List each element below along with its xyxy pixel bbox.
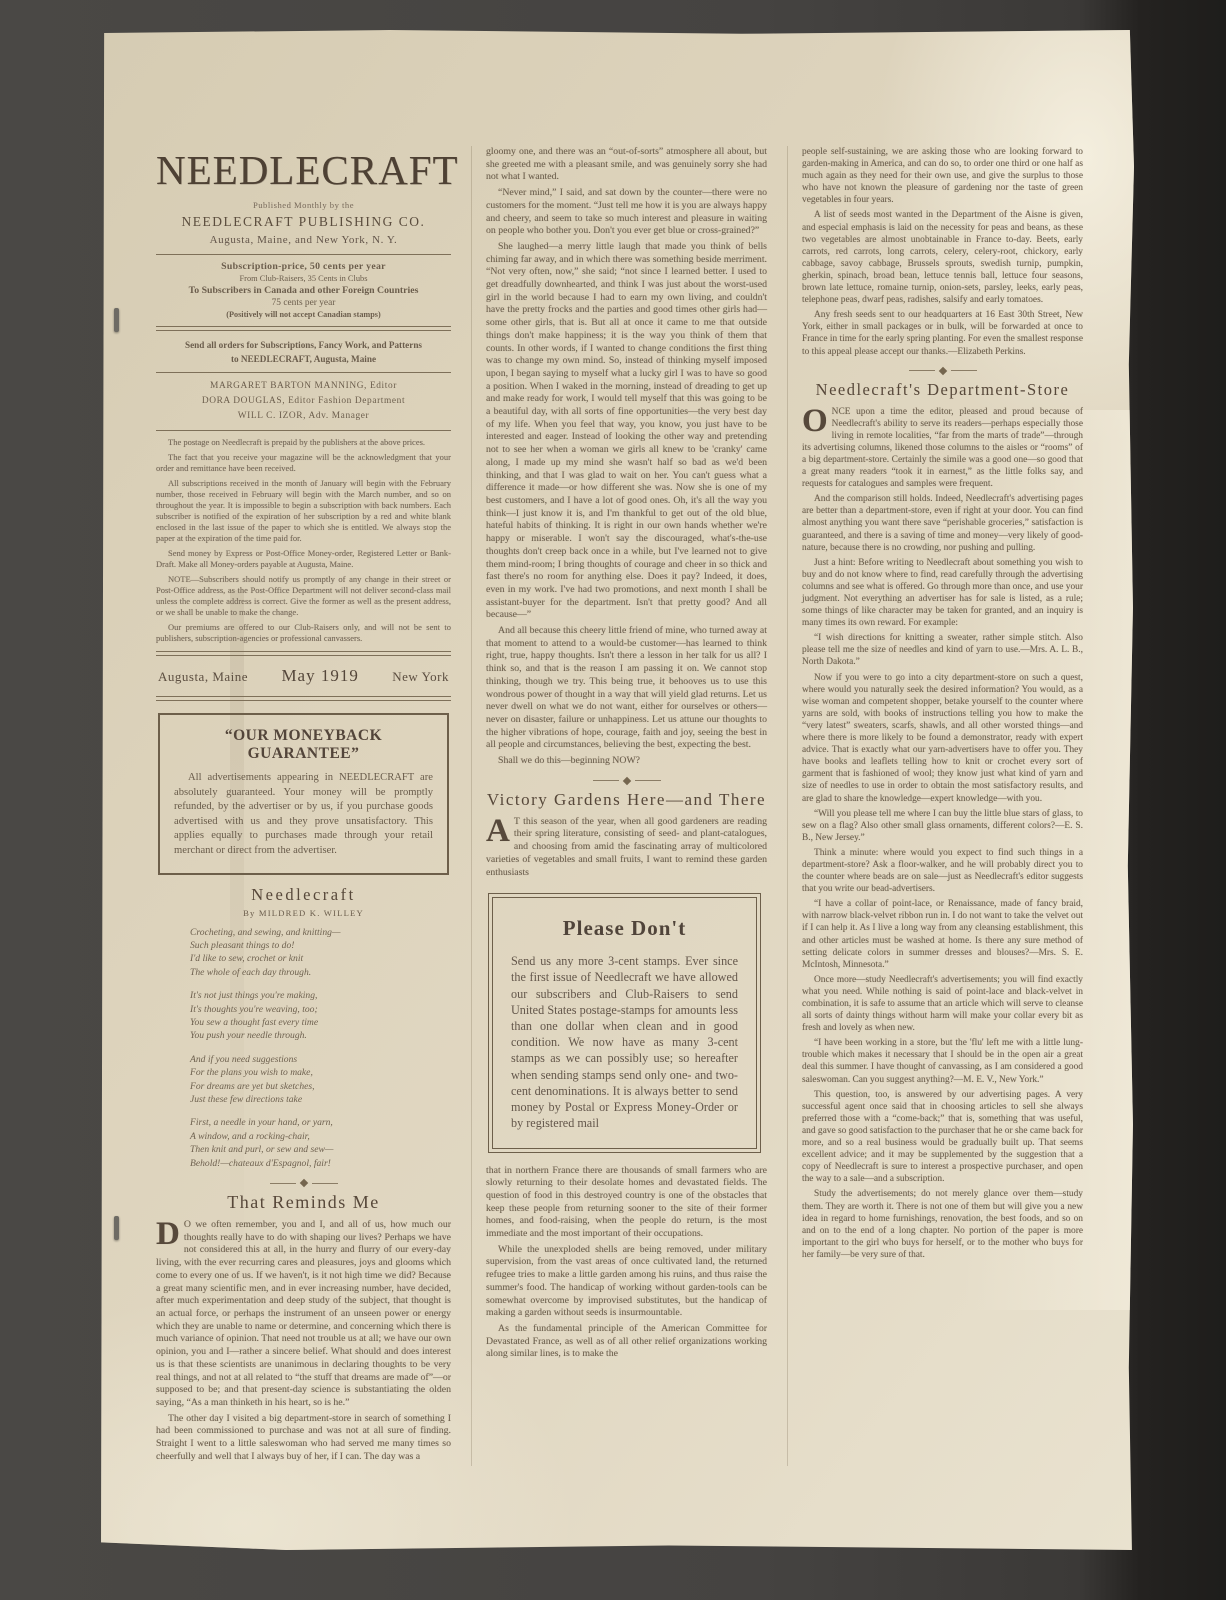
paragraph: The other day I visited a big department… [156, 1413, 451, 1464]
poem-byline: By MILDRED K. WILLEY [156, 908, 451, 918]
paragraph: And the comparison still holds. Indeed, … [802, 493, 1083, 553]
divider-rule-double [156, 326, 451, 331]
divider-rule [156, 254, 451, 255]
department-store-article: ONCE upon a time the editor, pleased and… [802, 406, 1083, 1261]
paragraph: AT this season of the year, when all goo… [486, 816, 767, 880]
poem-stanzas: Crocheting, and sewing, and knitting— Su… [156, 926, 451, 1171]
paragraph: While the unexploded shells are being re… [486, 1244, 767, 1320]
divider-rule [156, 372, 451, 373]
victory-gardens-lead: AT this season of the year, when all goo… [486, 816, 767, 880]
divider-ornament-icon [200, 1180, 407, 1186]
paragraph: “Will you please tell me where I can buy… [802, 808, 1083, 844]
paragraph: Now if you were to go into a city depart… [802, 672, 1083, 805]
poem-stanza: It's not just things you're making, It's… [190, 989, 451, 1043]
orders-line: Send all orders for Subscriptions, Fancy… [156, 338, 451, 352]
paragraph: Once more—study Needlecraft's advertisem… [802, 974, 1083, 1034]
poem-stanza: Crocheting, and sewing, and knitting— Su… [190, 926, 451, 980]
paragraph: And all because this cheery little frien… [486, 625, 767, 752]
poem-stanza: First, a needle in your hand, or yarn, A… [190, 1116, 451, 1170]
notice-paragraph: Send money by Express or Post-Office Mon… [156, 548, 451, 570]
publisher-name: NEEDLECRAFT PUBLISHING CO. [156, 214, 451, 230]
issue-date: May 1919 [281, 666, 358, 686]
paragraph: This question, too, is answered by our a… [802, 1089, 1083, 1186]
notice-paragraph: Our premiums are offered to our Club-Rai… [156, 622, 451, 644]
article-title-victory-gardens: Victory Gardens Here—and There [486, 790, 767, 810]
right-column: people self-sustaining, we are asking th… [787, 146, 1083, 1466]
magazine-page: NEEDLECRAFT Published Monthly by the NEE… [100, 30, 1134, 1550]
magazine-title: NEEDLECRAFT [156, 146, 451, 194]
divider-rule [156, 430, 451, 431]
foreign-subscribers-line: To Subscribers in Canada and other Forei… [156, 285, 451, 296]
paragraph: DO we often remember, you and I, and all… [156, 1219, 451, 1410]
paragraph: “Never mind,” I said, and sat down by th… [486, 187, 767, 238]
divider-rule-double [156, 651, 451, 656]
paragraph: ONCE upon a time the editor, pleased and… [802, 406, 1083, 491]
club-raisers-line: From Club-Raisers, 35 Cents in Clubs [156, 274, 451, 283]
paragraph: She laughed—a merry little laugh that ma… [486, 241, 767, 622]
publisher-address: Augusta, Maine, and New York, N. Y. [156, 234, 451, 246]
foreign-price-line: 75 cents per year [156, 298, 451, 308]
notice-paragraph: NOTE—Subscribers should notify us prompt… [156, 574, 451, 618]
guarantee-body: All advertisements appearing in NEEDLECR… [174, 771, 433, 859]
masthead: NEEDLECRAFT Published Monthly by the NEE… [156, 146, 451, 246]
notice-paragraph: All subscriptions received in the month … [156, 478, 451, 544]
moneyback-guarantee-box: “OUR MONEYBACK GUARANTEE” All advertisem… [158, 713, 449, 875]
paragraph: gloomy one, and there was an “out-of-sor… [486, 146, 767, 184]
dateline-city-left: Augusta, Maine [158, 669, 248, 685]
article-title-department-store: Needlecraft's Department-Store [802, 380, 1083, 400]
published-monthly-line: Published Monthly by the [156, 200, 451, 210]
please-dont-inner: Please Don't Send us any more 3-cent sta… [492, 897, 757, 1148]
paragraph: Shall we do this—beginning NOW? [486, 755, 767, 768]
victory-gardens-conclusion: people self-sustaining, we are asking th… [802, 146, 1083, 358]
editor-line: DORA DOUGLAS, Editor Fashion Department [156, 394, 451, 409]
please-dont-title: Please Don't [511, 916, 738, 941]
dateline-city-right: New York [392, 669, 449, 685]
paragraph: people self-sustaining, we are asking th… [802, 146, 1083, 206]
paragraph: Any fresh seeds sent to our headquarters… [802, 309, 1083, 357]
paragraph: “I have been working in a store, but the… [802, 1037, 1083, 1085]
paragraph: “I wish directions for knitting a sweate… [802, 632, 1083, 668]
paragraph: Just a hint: Before writing to Needlecra… [802, 557, 1083, 630]
divider-ornament-icon [844, 368, 1041, 374]
subscription-notices: The postage on Needlecraft is prepaid by… [156, 437, 451, 644]
victory-gardens-continuation: that in northern France there are thousa… [486, 1165, 767, 1362]
canadian-stamps-note: (Positively will not accept Canadian sta… [156, 310, 451, 319]
editor-line: MARGARET BARTON MANNING, Editor [156, 379, 451, 394]
page-columns: NEEDLECRAFT Published Monthly by the NEE… [100, 30, 1134, 1514]
guarantee-title: “OUR MONEYBACK GUARANTEE” [174, 727, 433, 763]
paragraph: A list of seeds most wanted in the Depar… [802, 209, 1083, 306]
paragraph: Study the advertisements; do not merely … [802, 1188, 1083, 1261]
orders-info: Send all orders for Subscriptions, Fancy… [156, 338, 451, 366]
orders-line: to NEEDLECRAFT, Augusta, Maine [156, 352, 451, 366]
divider-ornament-icon [528, 778, 725, 784]
please-dont-body: Send us any more 3-cent stamps. Ever sin… [511, 953, 738, 1131]
subscription-info: Subscription-price, 50 cents per year Fr… [156, 261, 451, 319]
paragraph: that in northern France there are thousa… [486, 1165, 767, 1241]
story-continuation: gloomy one, and there was an “out-of-sor… [486, 146, 767, 768]
poem-stanza: And if you need suggestions For the plan… [190, 1053, 451, 1107]
photo-backdrop: NEEDLECRAFT Published Monthly by the NEE… [0, 0, 1226, 1600]
editor-line: WILL C. IZOR, Adv. Manager [156, 409, 451, 424]
that-reminds-me-article: DO we often remember, you and I, and all… [156, 1219, 451, 1463]
poem-section: Needlecraft By MILDRED K. WILLEY Crochet… [156, 885, 451, 1171]
paragraph: Think a minute: where would you expect t… [802, 847, 1083, 895]
notice-paragraph: The postage on Needlecraft is prepaid by… [156, 437, 451, 448]
paragraph: “I have a collar of point-lace, or Renai… [802, 898, 1083, 971]
subscription-price-line: Subscription-price, 50 cents per year [156, 261, 451, 272]
dateline: Augusta, Maine May 1919 New York [156, 663, 451, 689]
please-dont-box: Please Don't Send us any more 3-cent sta… [488, 893, 761, 1152]
middle-column: gloomy one, and there was an “out-of-sor… [471, 146, 767, 1466]
notice-paragraph: The fact that you receive your magazine … [156, 452, 451, 474]
editors-list: MARGARET BARTON MANNING, EditorDORA DOUG… [156, 379, 451, 424]
divider-rule-double [156, 696, 451, 701]
article-title-that-reminds-me: That Reminds Me [156, 1192, 451, 1213]
paragraph: As the fundamental principle of the Amer… [486, 1323, 767, 1361]
left-column: NEEDLECRAFT Published Monthly by the NEE… [156, 146, 451, 1466]
poem-title: Needlecraft [156, 885, 451, 905]
